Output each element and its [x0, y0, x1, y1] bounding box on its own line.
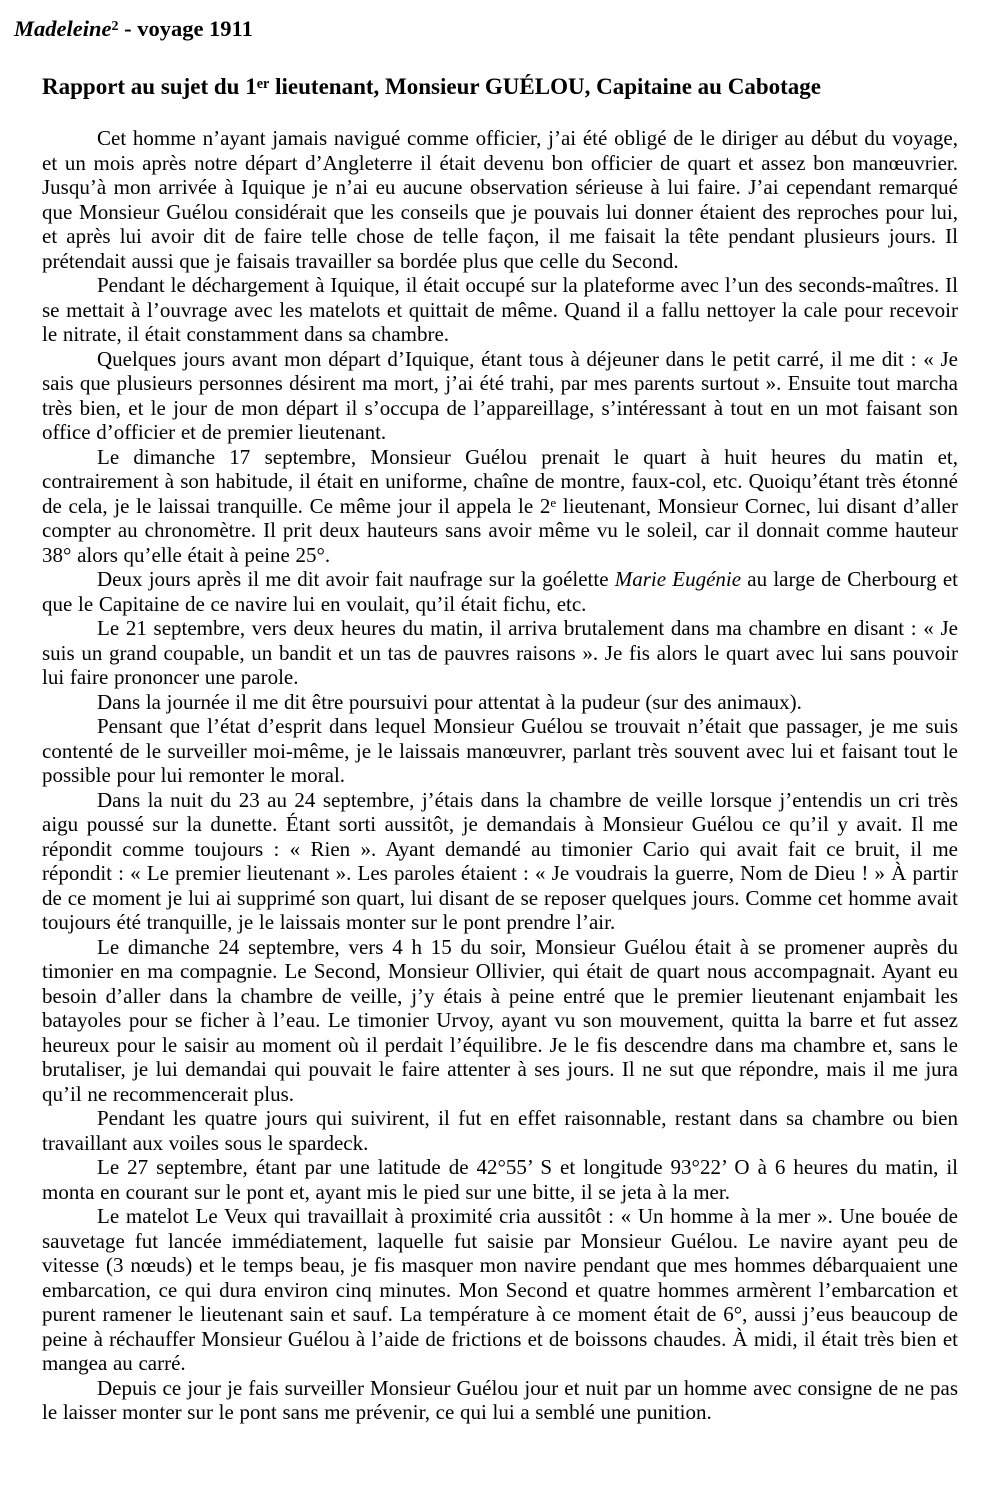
document-body: Cet homme n’ayant jamais navigué comme o… [42, 126, 958, 1425]
paragraph-11: Pendant les quatre jours qui suivirent, … [42, 1106, 958, 1155]
text-segment: Cet homme n’ayant jamais navigué comme o… [42, 126, 958, 273]
paragraph-13: Le matelot Le Veux qui travaillait à pro… [42, 1204, 958, 1376]
text-segment: Dans la journée il me dit être poursuivi… [97, 690, 802, 714]
title-suffix: - voyage 1911 [118, 16, 252, 41]
text-segment: Pendant le déchargement à Iquique, il ét… [42, 273, 958, 346]
paragraph-7: Dans la journée il me dit être poursuivi… [42, 690, 958, 715]
text-segment: Le 27 septembre, étant par une latitude … [42, 1155, 958, 1204]
text-segment: Le dimanche 24 septembre, vers 4 h 15 du… [42, 935, 958, 1106]
paragraph-4: Le dimanche 17 septembre, Monsieur Guélo… [42, 445, 958, 568]
heading-rest: lieutenant, Monsieur GUÉLOU, Capitaine a… [269, 74, 821, 99]
text-segment: Deux jours après il me dit avoir fait na… [97, 567, 615, 591]
paragraph-6: Le 21 septembre, vers deux heures du mat… [42, 616, 958, 690]
text-segment: Le 21 septembre, vers deux heures du mat… [42, 616, 958, 689]
text-segment: Quelques jours avant mon départ d’Iquiqu… [42, 347, 958, 445]
paragraph-9: Dans la nuit du 23 au 24 septembre, j’ét… [42, 788, 958, 935]
paragraph-8: Pensant que l’état d’esprit dans lequel … [42, 714, 958, 788]
text-segment: Depuis ce jour je fais surveiller Monsie… [42, 1376, 958, 1425]
paragraph-2: Pendant le déchargement à Iquique, il ét… [42, 273, 958, 347]
document-title: Madeleine2 - voyage 1911 [14, 16, 958, 42]
text-segment: Pensant que l’état d’esprit dans lequel … [42, 714, 958, 787]
paragraph-3: Quelques jours avant mon départ d’Iquiqu… [42, 347, 958, 445]
paragraph-5: Deux jours après il me dit avoir fait na… [42, 567, 958, 616]
title-vessel-name: Madeleine [14, 16, 111, 41]
text-segment: Pendant les quatre jours qui suivirent, … [42, 1106, 958, 1155]
paragraph-1: Cet homme n’ayant jamais navigué comme o… [42, 126, 958, 273]
paragraph-12: Le 27 septembre, étant par une latitude … [42, 1155, 958, 1204]
paragraph-14: Depuis ce jour je fais surveiller Monsie… [42, 1376, 958, 1425]
page-container: Madeleine2 - voyage 1911 Rapport au suje… [0, 0, 1000, 1485]
paragraph-10: Le dimanche 24 septembre, vers 4 h 15 du… [42, 935, 958, 1107]
text-segment-italic: Marie Eugénie [615, 567, 741, 591]
text-segment-superscript: e [550, 495, 556, 510]
heading-ordinal-superscript: er [257, 76, 270, 92]
report-heading: Rapport au sujet du 1er lieutenant, Mons… [42, 72, 958, 102]
heading-prefix: Rapport au sujet du 1 [42, 74, 257, 99]
text-segment: Dans la nuit du 23 au 24 septembre, j’ét… [42, 788, 958, 935]
title-footnote-marker: 2 [111, 19, 118, 34]
text-segment: Le matelot Le Veux qui travaillait à pro… [42, 1204, 958, 1375]
